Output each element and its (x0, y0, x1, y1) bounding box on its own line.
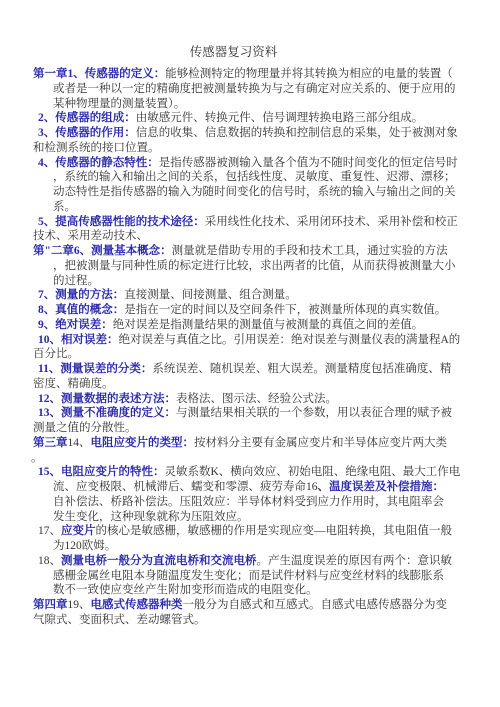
text-line: 第四章19、电感式传感器种类一般分为自感式和互感式。自感式电感传感器分为变 (0, 598, 500, 613)
body-segment: 动态特性是指传感器的输入为随时间变化的信号时，系统的输入与输出之间的关 (53, 186, 456, 198)
heading-segment: 11、测量误差的分类： (38, 363, 152, 375)
heading-segment: 电阻应变片的类型： (91, 437, 195, 449)
body-segment: 测量之值的分散性。 (33, 422, 137, 434)
text-line: 9、绝对误差：绝对误差是指测量结果的测量值与被测量的真值之间的差值。 (0, 318, 500, 333)
body-segment: 发生变化，这种现象就称为压阻效应。 (53, 511, 249, 523)
text-line: 的过程。 (0, 274, 500, 289)
text-line: 17、应变片的核心是敏感栅，敏感栅的作用是实现应变—电阻转换，其电阻值一般 (0, 524, 500, 539)
heading-segment: 、温度误差及补偿措施： (318, 481, 445, 493)
heading-segment: 2、传感器的组成： (38, 112, 136, 124)
body-segment: 流、应变极限、机械滞后、蠕变和零漂、疲劳寿命16 (53, 481, 318, 493)
heading-segment: 应变片 (61, 525, 96, 537)
text-line: 5、提高传感器性能的技术途径：采用线性化技术、采用闭环技术、采用补偿和校正 (0, 215, 500, 230)
body-segment: 的核心是敏感栅，敏感栅的作用是实现应变—电阻转换，其电阻值一般 (96, 525, 453, 537)
body-segment: 绝对误差是指测量结果的测量值与被测量的真值之间的差值。 (113, 319, 424, 331)
body-segment: 某种物理量的测量装置）。 (53, 98, 185, 110)
text-line: 某种物理量的测量装置）。 (0, 97, 500, 112)
document-title: 传感器复习资料 (0, 45, 467, 60)
heading-segment: 9、绝对误差： (38, 319, 113, 331)
heading-segment: 5、提高传感器性能的技术途径： (38, 216, 205, 228)
body-segment: 是指在一定的时间以及空间条件下，被测量所体现的真实数值。 (124, 304, 446, 316)
text-line: 4、传感器的静态特性：是指传感器被测输入量各个值为不随时间变化的恒定信号时 (0, 156, 500, 171)
body-segment: 为120欧姆。 (53, 540, 116, 552)
text-line: 自补偿法、桥路补偿法。压阻效应：半导体材料受到应力作用时，其电阻率会 (0, 495, 500, 510)
text-line: 测量之值的分散性。 (0, 421, 500, 436)
text-line: ，把被测量与同种性质的标定进行比较，求出两者的比值，从而获得被测量大小 (0, 259, 500, 274)
body-segment: 绝对误差与真值之比。引用误差：绝对误差与测量仪表的满量程A的 (119, 334, 461, 346)
text-line: 3、传感器的作用：信息的收集、信息数据的转换和控制信息的采集，处于被测对象 (0, 126, 500, 141)
body-segment: 数不一致使应变丝产生附加变形而造成的电阻变化。 (53, 584, 318, 596)
body-segment: 采用线性化技术、采用闭环技术、采用补偿和校正 (205, 216, 458, 228)
body-segment: 感栅金属丝电阻本身随温度发生变化；而是试件材料与应变丝材料的线膨胀系 (53, 570, 444, 582)
body-segment: 系。 (53, 201, 76, 213)
body-segment: 一般分为自感式和互感式。自感式电感传感器分为变 (183, 599, 448, 611)
body-segment: 百分比。 (33, 348, 79, 360)
body-segment: 与测量结果相关联的一个参数，用以表征合理的赋予被 (176, 407, 452, 419)
heading-segment: 10、相对误差： (38, 334, 119, 346)
text-line: 感栅金属丝电阻本身随温度发生变化；而是试件材料与应变丝材料的线膨胀系 (0, 569, 500, 584)
text-line: 密度、精确度。 (0, 377, 500, 392)
body-segment: 由敏感元件、转换元件、信号调理转换电路三部分组成。 (136, 112, 424, 124)
heading-segment: 12、测量数据的表述方法： (38, 393, 176, 405)
body-segment: 19、 (68, 599, 91, 611)
text-line: 动态特性是指传感器的输入为随时间变化的信号时，系统的输入与输出之间的关 (0, 185, 500, 200)
text-line: 气隙式、变面积式、差动螺管式。 (0, 613, 500, 628)
heading-segment: 7、测量的方法： (38, 289, 124, 301)
body-segment: 18、 (38, 555, 61, 567)
heading-segment: 第"二章6、测量基本概念： (33, 245, 172, 257)
body-segment: 的过程。 (53, 275, 99, 287)
body-segment: 和检测系统的接口位置。 (33, 142, 160, 154)
text-line: 技术、采用差动技术、 (0, 229, 500, 244)
text-line: 7、测量的方法：直接测量、间接测量、组合测量。 (0, 288, 500, 303)
text-line: 2、传感器的组成：由敏感元件、转换元件、信号调理转换电路三部分组成。 (0, 111, 500, 126)
body-segment: 技术、采用差动技术、 (33, 230, 148, 242)
text-line: 18、测量电桥一般分为直流电桥和交流电桥。产生温度误差的原因有两个：意识敏 (0, 554, 500, 569)
body-segment: 表格法、图示法、经验公式法。 (176, 393, 337, 405)
body-segment: 能够检测特定的物理量并将其转换为相应的电量的装置（ (165, 68, 453, 80)
text-line: 11、测量误差的分类：系统误差、随机误差、粗大误差。测量精度包括准确度、精 (0, 362, 500, 377)
body-segment: 密度、精确度。 (33, 378, 114, 390)
text-line: ，系统的输入和输出之间的关系，包括线性度、灵敏度、重复性、迟滞、漂移； (0, 170, 500, 185)
body-segment: 系统误差、随机误差、粗大误差。测量精度包括准确度、精 (152, 363, 451, 375)
text-line: 系。 (0, 200, 500, 215)
text-line: 8、真值的概念：是指在一定的时间以及空间条件下，被测量所体现的真实数值。 (0, 303, 500, 318)
text-line: 15、电阻应变片的特性：灵敏系数K、横向效应、初始电阻、绝缘电阻、最大工作电 (0, 465, 500, 480)
text-line: 12、测量数据的表述方法：表格法、图示法、经验公式法。 (0, 392, 500, 407)
body-segment: ，把被测量与同种性质的标定进行比较，求出两者的比值，从而获得被测量大小 (53, 260, 456, 272)
heading-segment: 第一章1、传感器的定义： (33, 68, 165, 80)
heading-segment: 电感式传感器种类 (91, 599, 183, 611)
text-line: 。 (0, 451, 500, 466)
body-segment: 是指传感器被测输入量各个值为不随时间变化的恒定信号时 (159, 157, 458, 169)
text-line: 第三章14、电阻应变片的类型：按材料分主要有金属应变片和半导体应变片两大类 (0, 436, 500, 451)
text-line: 数不一致使应变丝产生附加变形而造成的电阻变化。 (0, 583, 500, 598)
body-segment: 自补偿法、桥路补偿法。压阻效应：半导体材料受到应力作用时，其电阻率会 (53, 496, 444, 508)
text-line: 13、测量不准确度的定义：与测量结果相关联的一个参数，用以表征合理的赋予被 (0, 406, 500, 421)
body-segment: 。产生温度误差的原因有两个：意识敏 (257, 555, 453, 567)
heading-segment: 4、传感器的静态特性： (38, 157, 159, 169)
document-page: 传感器复习资料 第一章1、传感器的定义：能够检测特定的物理量并将其转换为相应的电… (0, 0, 500, 707)
text-line: 第"二章6、测量基本概念：测量就是借助专用的手段和技术工具，通过实验的方法 (0, 244, 500, 259)
heading-segment: 8、真值的概念： (38, 304, 124, 316)
heading-segment: 测量电桥一般分为直流电桥和交流电桥 (61, 555, 257, 567)
heading-segment: 15、电阻应变片的特性： (38, 466, 165, 478)
body-segment: ，系统的输入和输出之间的关系，包括线性度、灵敏度、重复性、迟滞、漂移； (53, 171, 456, 183)
body-segment: 或者是一种以一定的精确度把被测量转换为与之有确定对应关系的、便于应用的 (53, 83, 456, 95)
body-segment: 测量就是借助专用的手段和技术工具，通过实验的方法 (172, 245, 448, 257)
body-segment: 直接测量、间接测量、组合测量。 (124, 289, 297, 301)
text-line: 流、应变极限、机械滞后、蠕变和零漂、疲劳寿命16、温度误差及补偿措施： (0, 480, 500, 495)
text-line: 第一章1、传感器的定义：能够检测特定的物理量并将其转换为相应的电量的装置（ (0, 67, 500, 82)
text-line: 为120欧姆。 (0, 539, 500, 554)
body-segment: 气隙式、变面积式、差动螺管式。 (33, 614, 206, 626)
text-line: 发生变化，这种现象就称为压阻效应。 (0, 510, 500, 525)
heading-segment: 3、传感器的作用： (38, 127, 136, 139)
body-segment: 14、 (68, 437, 91, 449)
body-segment: 灵敏系数K、横向效应、初始电阻、绝缘电阻、最大工作电 (165, 466, 461, 478)
text-line: 10、相对误差：绝对误差与真值之比。引用误差：绝对误差与测量仪表的满量程A的 (0, 333, 500, 348)
heading-segment: 第三章 (33, 437, 68, 449)
body-segment: 按材料分主要有金属应变片和半导体应变片两大类 (194, 437, 447, 449)
heading-segment: 13、测量不准确度的定义： (38, 407, 176, 419)
body-segment: 17、 (38, 525, 61, 537)
text-line: 或者是一种以一定的精确度把被测量转换为与之有确定对应关系的、便于应用的 (0, 82, 500, 97)
document-body: 第一章1、传感器的定义：能够检测特定的物理量并将其转换为相应的电量的装置（或者是… (0, 67, 500, 628)
body-segment: 信息的收集、信息数据的转换和控制信息的采集，处于被测对象 (136, 127, 458, 139)
body-segment: 。 (31, 452, 43, 464)
heading-segment: 第四章 (33, 599, 68, 611)
text-line: 百分比。 (0, 347, 500, 362)
text-line: 和检测系统的接口位置。 (0, 141, 500, 156)
